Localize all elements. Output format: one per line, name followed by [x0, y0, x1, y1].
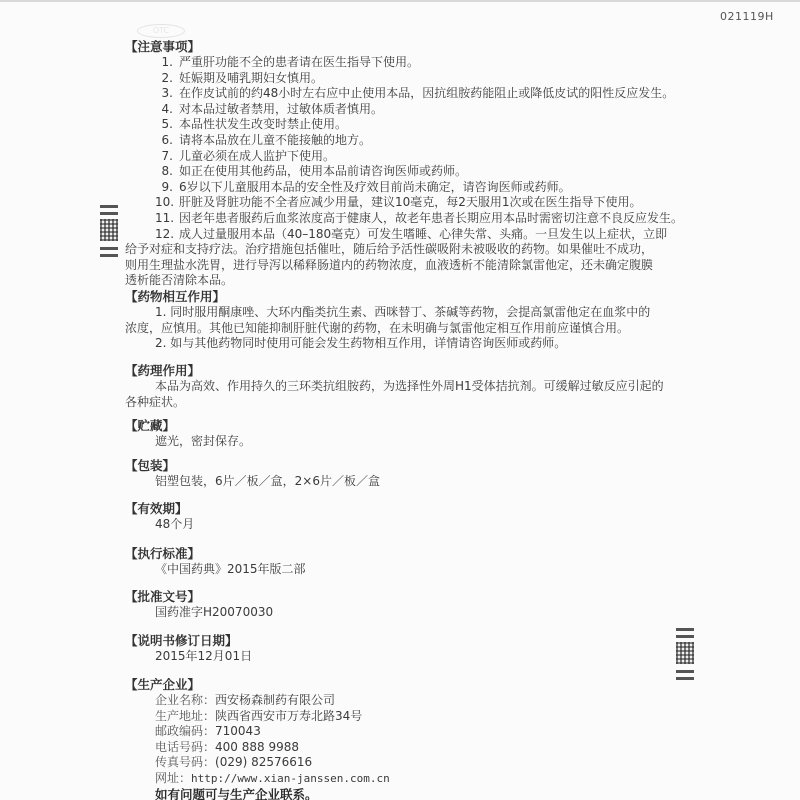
section-title: 【药理作用】: [125, 362, 685, 379]
precaution-item: 2.妊娠期及哺乳期妇女慎用。: [125, 71, 685, 87]
marker-bar: [100, 247, 118, 250]
section-title: 【生产企业】: [125, 676, 685, 693]
top-edge-line: [0, 0, 800, 2]
precaution-item: 7.儿童必须在成人监护下使用。: [125, 149, 685, 165]
revision-date-text: 2015年12月01日: [125, 649, 685, 665]
precaution-item: 1.严重肝功能不全的患者请在医生指导下使用。: [125, 55, 685, 71]
precaution-item-12-cont: 给予对症和支持疗法。治疗措施包括催吐，随后给予活性碳吸附未被吸收的药物。如果催吐…: [125, 242, 685, 258]
precaution-item: 10.肝脏及肾脏功能不全者应减少用量，建议10毫克，每2天服用1次或在医生指导下…: [125, 195, 685, 211]
marker-bar: [100, 212, 118, 215]
storage-text: 遮光，密封保存。: [125, 434, 685, 450]
precaution-item-12: 12.成人过量服用本品（40–180毫克）可发生嗜睡、心律失常、头痛。一旦发生以…: [125, 227, 685, 243]
marker-bar: [100, 205, 118, 208]
manufacturer-phone-row: 电话号码：400 888 9988: [125, 740, 685, 756]
marker-bar: [100, 254, 118, 257]
packaging-text: 铝塑包装，6片／板／盒，2×6片／板／盒: [125, 474, 685, 490]
manufacturer-contact-note: 如有问题可与生产企业联系。: [125, 787, 685, 800]
pharmacology-text: 本品为高效、作用持久的三环类抗组胺药，为选择性外周H1受体拮抗剂。可缓解过敏反应…: [125, 379, 685, 395]
precaution-item-12-cont: 透析能否清除本品。: [125, 273, 685, 289]
manufacturer-address-row: 生产地址：陕西省西安市万寿北路34号: [125, 709, 685, 725]
section-title: 【执行标准】: [125, 545, 685, 562]
section-precautions: 【注意事项】 1.严重肝功能不全的患者请在医生指导下使用。 2.妊娠期及哺乳期妇…: [125, 38, 685, 289]
section-title: 【注意事项】: [125, 38, 685, 55]
section-packaging: 【包装】 铝塑包装，6片／板／盒，2×6片／板／盒: [125, 457, 685, 490]
precaution-item: 6.请将本品放在儿童不能接触的地方。: [125, 133, 685, 149]
precaution-item: 9.6岁以下儿童服用本品的安全性及疗效目前尚未确定，请咨询医师或药师。: [125, 180, 685, 196]
datamatrix-code-icon: [100, 219, 118, 241]
interaction-paragraph-2: 2. 如与其他药物同时使用可能会发生药物相互作用，详情请咨询医师或药师。: [125, 336, 685, 352]
section-title: 【说明书修订日期】: [125, 632, 685, 649]
leaflet-page: 021119H OTC 【注意事项】 1.严重肝功能不全的患者请在医生指导下使用…: [0, 0, 800, 800]
section-title: 【药物相互作用】: [125, 288, 685, 305]
pharmacology-text-cont: 各种症状。: [125, 395, 685, 411]
interaction-paragraph-1: 1. 同时服用酮康唑、大环内酯类抗生素、西咪替丁、茶碱等药物，会提高氯雷他定在血…: [125, 305, 685, 321]
otc-logo: OTC: [137, 24, 185, 38]
section-title: 【批准文号】: [125, 588, 685, 605]
section-approval: 【批准文号】 国药准字H20070030: [125, 588, 685, 621]
section-title: 【贮藏】: [125, 417, 685, 434]
manufacturer-name-row: 企业名称：西安杨森制药有限公司: [125, 693, 685, 709]
manufacturer-website-row: 网址：http://www.xian-janssen.com.cn: [125, 771, 685, 787]
section-revision-date: 【说明书修订日期】 2015年12月01日: [125, 632, 685, 665]
document-code: 021119H: [720, 10, 774, 23]
website-link: http://www.xian-janssen.com.cn: [191, 772, 390, 785]
section-storage: 【贮藏】 遮光，密封保存。: [125, 417, 685, 450]
validity-text: 48个月: [125, 517, 685, 533]
section-title: 【有效期】: [125, 500, 685, 517]
marker-bar: [676, 628, 694, 631]
manufacturer-fax-row: 传真号码：(029) 82576616: [125, 755, 685, 771]
standard-text: 《中国药典》2015年版二部: [125, 562, 685, 578]
interaction-paragraph-1-cont: 浓度，应慎用。其他已知能抑制肝脏代谢的药物，在未明确与氯雷他定相互作用前应谨慎合…: [125, 321, 685, 337]
section-interactions: 【药物相互作用】 1. 同时服用酮康唑、大环内酯类抗生素、西咪替丁、茶碱等药物，…: [125, 288, 685, 352]
manufacturer-postcode-row: 邮政编码：710043: [125, 724, 685, 740]
precaution-item: 3.在作皮试前的约48小时左右应中止使用本品，因抗组胺药能阻止或降低皮试的阳性反…: [125, 86, 685, 102]
precaution-item: 8.如正在使用其他药品，使用本品前请咨询医师或药师。: [125, 164, 685, 180]
section-manufacturer: 【生产企业】 企业名称：西安杨森制药有限公司 生产地址：陕西省西安市万寿北路34…: [125, 676, 685, 800]
precaution-item: 11.因老年患者服药后血浆浓度高于健康人，故老年患者长期应用本品时需密切注意不良…: [125, 211, 685, 227]
precaution-item: 4.对本品过敏者禁用，过敏体质者慎用。: [125, 102, 685, 118]
precaution-item-12-cont: 则用生理盐水洗胃，进行导泻以稀释肠道内的药物浓度，血液透析不能清除氯雷他定，还未…: [125, 258, 685, 274]
approval-number: 国药准字H20070030: [125, 605, 685, 621]
precaution-item: 5.本品性状发生改变时禁止使用。: [125, 117, 685, 133]
left-datamatrix-marker: [100, 205, 118, 261]
section-validity: 【有效期】 48个月: [125, 500, 685, 533]
section-pharmacology: 【药理作用】 本品为高效、作用持久的三环类抗组胺药，为选择性外周H1受体拮抗剂。…: [125, 362, 685, 410]
section-standard: 【执行标准】 《中国药典》2015年版二部: [125, 545, 685, 578]
section-title: 【包装】: [125, 457, 685, 474]
marker-bar: [676, 670, 694, 673]
